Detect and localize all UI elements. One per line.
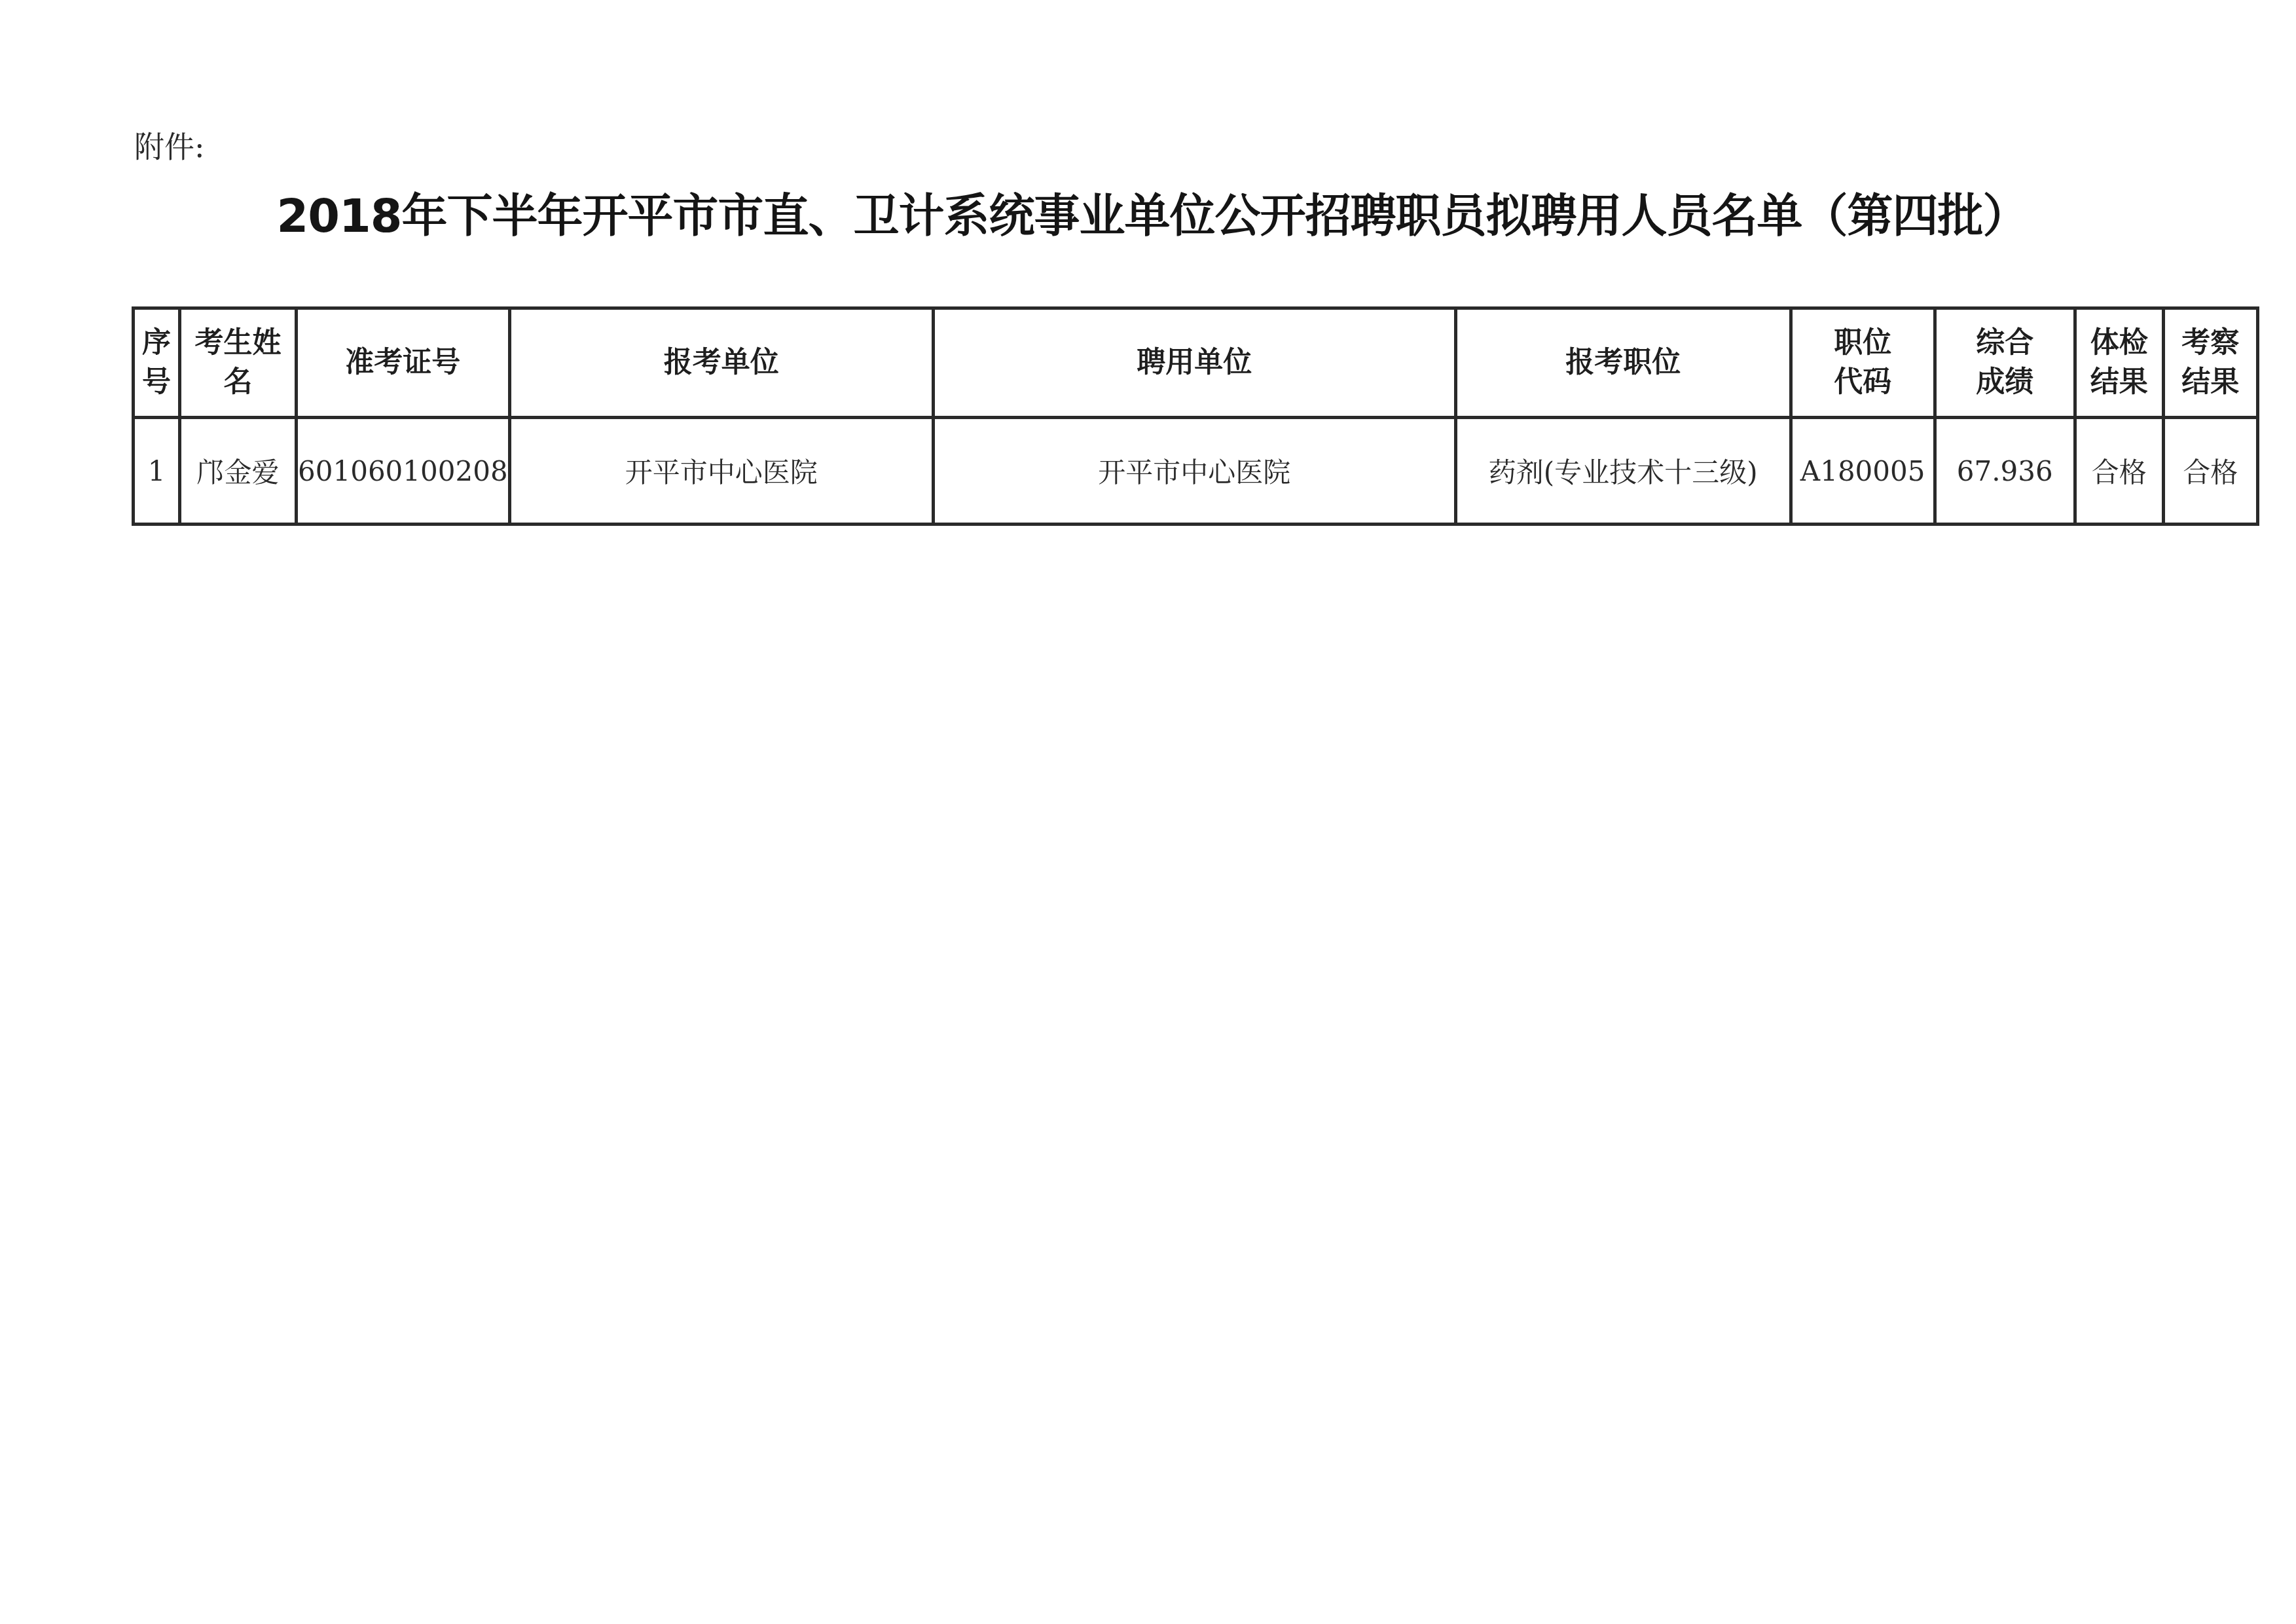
cell-ticket-no: 601060100208 — [297, 418, 510, 525]
table-header-row: 序号 考生姓名 准考证号 报考单位 聘用单位 报考职位 职位代码 综合成绩 体检… — [134, 308, 2258, 418]
cell-position-code: A180005 — [1791, 418, 1935, 525]
cell-applied-unit: 开平市中心医院 — [509, 418, 933, 525]
col-header-applied-unit: 报考单位 — [509, 308, 933, 418]
col-header-position: 报考职位 — [1455, 308, 1791, 418]
col-header-ticket-no: 准考证号 — [297, 308, 510, 418]
cell-hiring-unit: 开平市中心医院 — [933, 418, 1455, 525]
cell-medical-result: 合格 — [2075, 418, 2163, 525]
candidate-table: 序号 考生姓名 准考证号 报考单位 聘用单位 报考职位 职位代码 综合成绩 体检… — [132, 306, 2259, 526]
cell-total-score: 67.936 — [1935, 418, 2075, 525]
col-header-position-code: 职位代码 — [1791, 308, 1935, 418]
cell-name: 邝金爱 — [180, 418, 297, 525]
page-title: 2018年下半年开平市市直、卫计系统事业单位公开招聘职员拟聘用人员名单（第四批） — [216, 185, 2088, 248]
cell-seq: 1 — [134, 418, 180, 525]
col-header-review-result: 考察结果 — [2163, 308, 2257, 418]
col-header-medical-result: 体检结果 — [2075, 308, 2163, 418]
col-header-seq: 序号 — [134, 308, 180, 418]
col-header-name: 考生姓名 — [180, 308, 297, 418]
table-row: 1 邝金爱 601060100208 开平市中心医院 开平市中心医院 药剂(专业… — [134, 418, 2258, 525]
col-header-total-score: 综合成绩 — [1935, 308, 2075, 418]
cell-position: 药剂(专业技术十三级) — [1455, 418, 1791, 525]
cell-review-result: 合格 — [2163, 418, 2257, 525]
attachment-label: 附件: — [134, 123, 205, 166]
col-header-hiring-unit: 聘用单位 — [933, 308, 1455, 418]
